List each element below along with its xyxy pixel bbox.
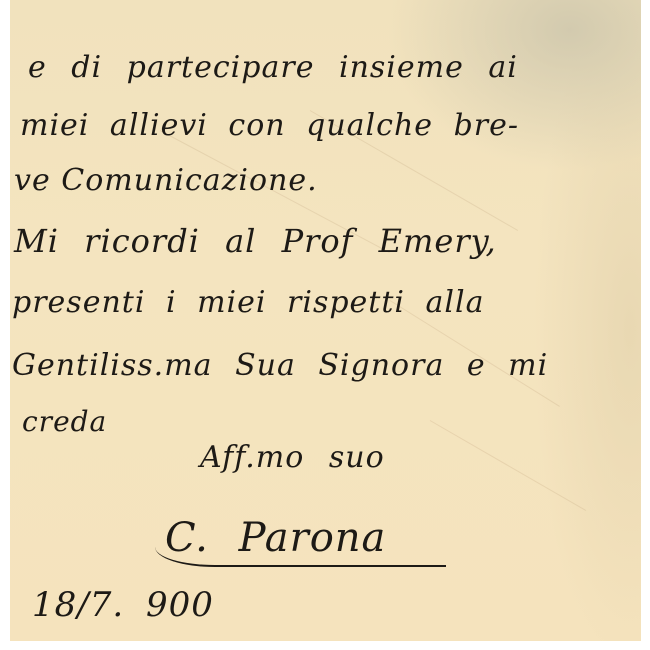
date: 18/7. 900 xyxy=(32,585,214,625)
letter-line-6: Gentiliss.ma Sua Signora e mi xyxy=(12,348,548,383)
bleed-through-line xyxy=(430,420,586,511)
letter-line-4: Mi ricordi al Prof Emery, xyxy=(14,222,497,260)
signature: C. Parona xyxy=(155,515,446,567)
letter-line-3: ve Comunicazione. xyxy=(14,163,318,198)
letter-line-7: creda xyxy=(22,405,107,438)
letter-line-1: e di partecipare insieme ai xyxy=(28,50,518,85)
letter-line-2: miei allievi con qualche bre- xyxy=(20,108,519,143)
letter-page: e di partecipare insieme ai miei allievi… xyxy=(10,0,641,641)
letter-line-5: presenti i miei rispetti alla xyxy=(12,285,485,320)
closing: Aff.mo suo xyxy=(200,440,385,475)
